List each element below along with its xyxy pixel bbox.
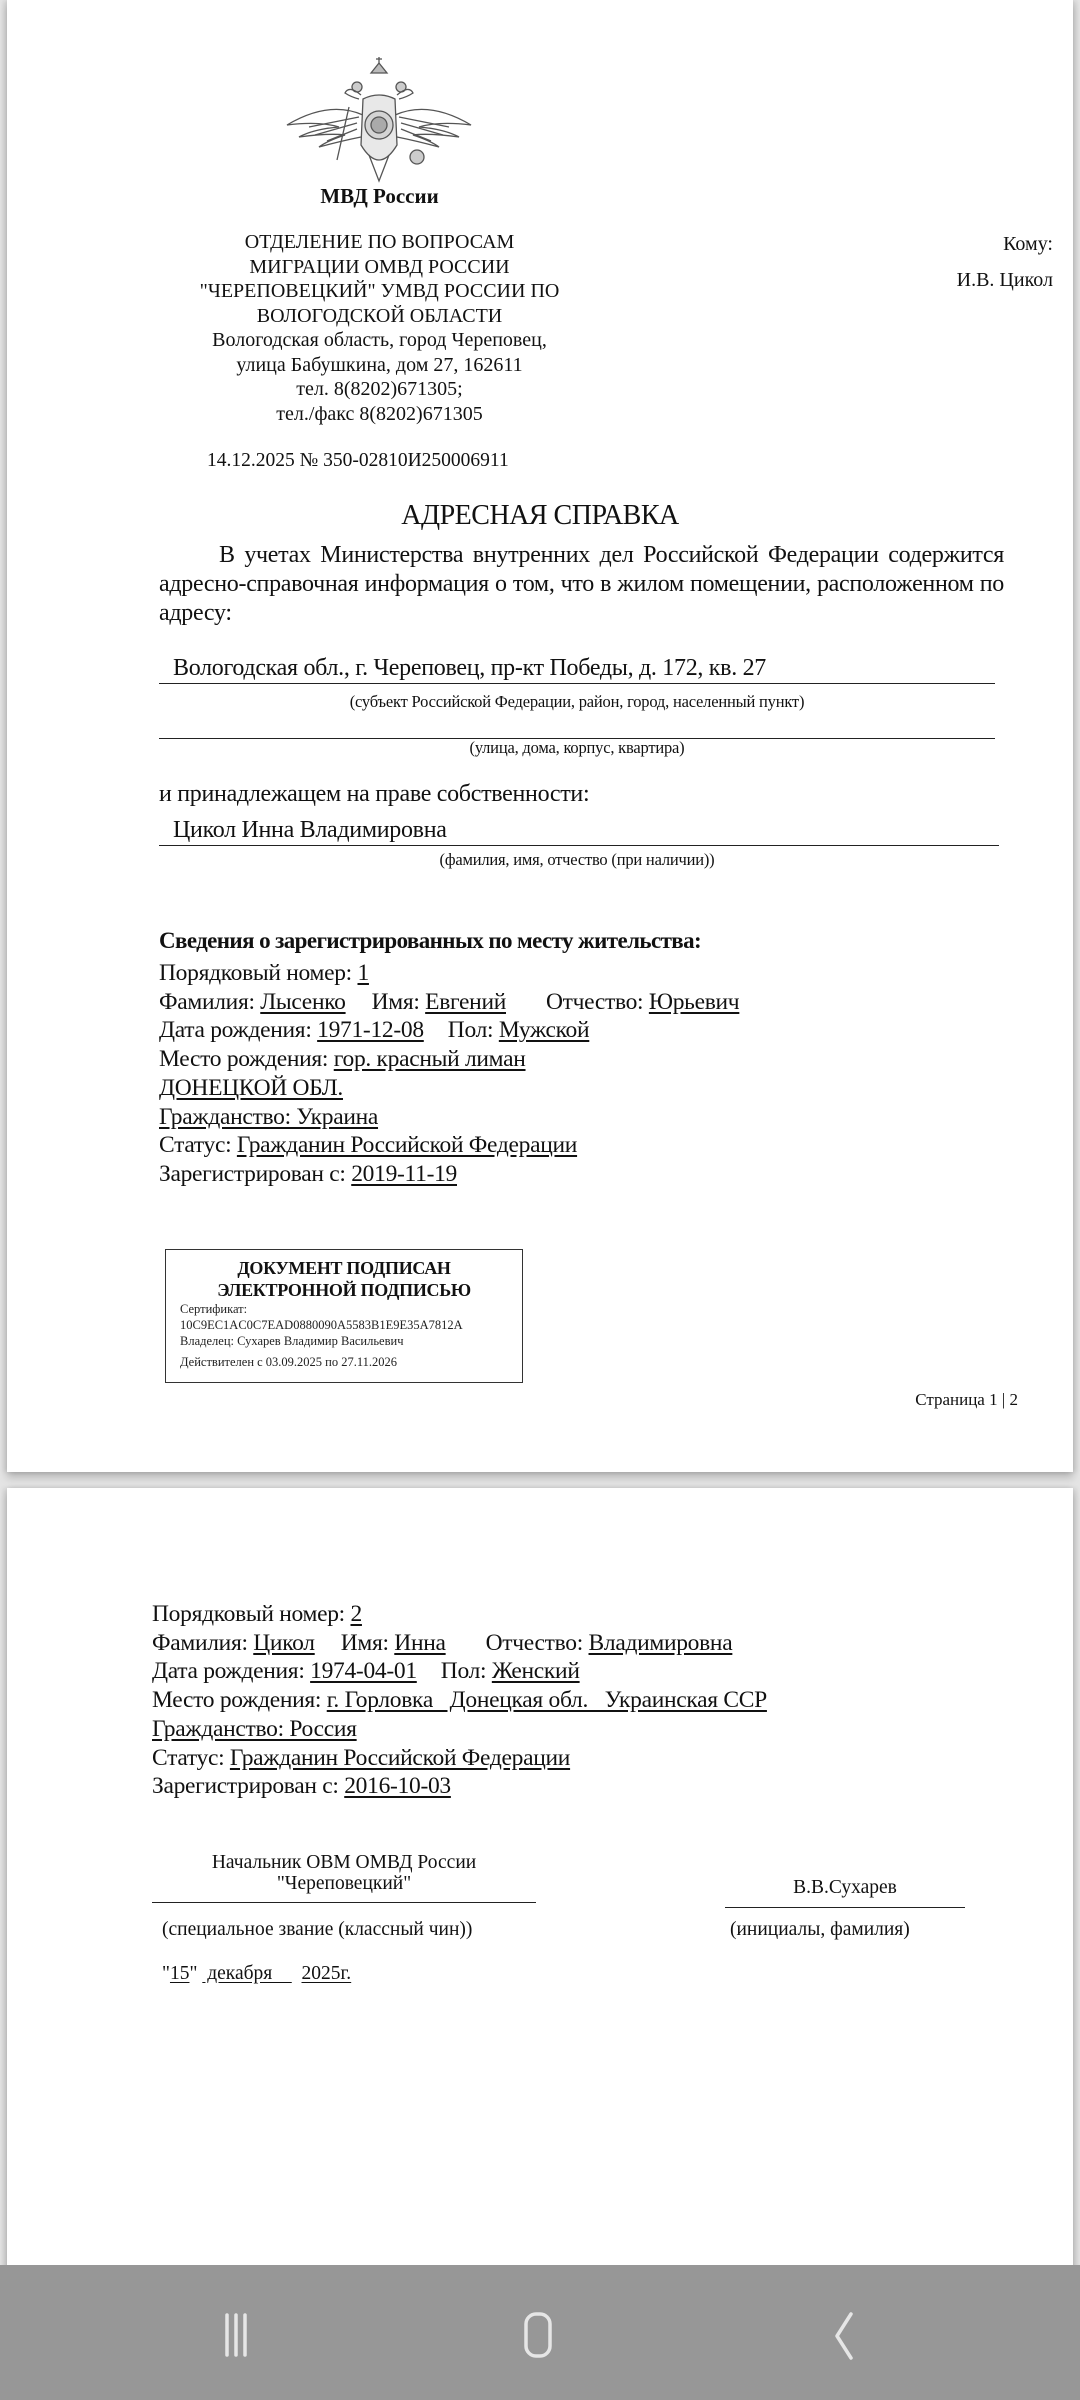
seq-row: Порядковый номер: 1 [159, 959, 739, 988]
seq-label: Порядковый номер: [159, 960, 357, 986]
citizenship-row: Гражданство: Россия [152, 1715, 767, 1744]
signer-name: В.В.Сухарев [725, 1877, 965, 1908]
birthplace-row: Место рождения: гор. красный лиман [159, 1045, 739, 1074]
seq-row: Порядковый номер: 2 [152, 1600, 767, 1629]
patronymic-value: Владимировна [589, 1630, 733, 1656]
stamp-heading-line-1: ДОКУМЕНТ ПОДПИСАН [166, 1257, 522, 1279]
document-page-1: МВД России ОТДЕЛЕНИЕ ПО ВОПРОСАМ МИГРАЦИ… [7, 0, 1073, 1472]
recent-apps-button[interactable] [207, 2305, 267, 2365]
owner-name-line: Цикол Инна Владимировна [159, 815, 999, 846]
address-line-2 [159, 708, 995, 739]
signer-position-line-1: Начальник ОВМ ОМВД России [152, 1852, 536, 1873]
seq-value: 2 [350, 1601, 361, 1627]
date-quote: " [189, 1963, 202, 1984]
dob-row: Дата рождения: 1971-12-08Пол: Мужской [159, 1016, 739, 1045]
recipient-name: И.В. Цикол [957, 262, 1053, 298]
stamp-heading-line-2: ЭЛЕКТРОННОЙ ПОДПИСЬЮ [166, 1279, 522, 1301]
status-label: Статус: [152, 1745, 230, 1771]
sex-label: Пол: [448, 1017, 499, 1043]
registered-value: 2016-10-03 [344, 1773, 451, 1799]
org-line: "ЧЕРЕПОВЕЦКИЙ" УМВД РОССИИ ПО [157, 279, 602, 304]
org-line: МИГРАЦИИ ОМВД РОССИИ [157, 255, 602, 280]
document-number: 14.12.2025 № 350-02810И250006911 [207, 450, 509, 472]
signer-position-line-2: "Череповецкий" [152, 1873, 536, 1894]
patronymic-label: Отчество: [486, 1630, 589, 1656]
date-day: 15 [170, 1963, 190, 1984]
intro-paragraph: В учетах Министерства внутренних дел Рос… [159, 541, 1004, 628]
owner-label: и принадлежащем на праве собственности: [159, 781, 589, 808]
mvd-emblem-icon [279, 55, 479, 185]
recipient-block: Кому: И.В. Цикол [957, 226, 1053, 298]
name-value: Евгений [425, 989, 506, 1015]
registered-value: 2019-11-19 [351, 1161, 457, 1187]
birthplace-row: Место рождения: г. Горловка Донецкая обл… [152, 1686, 767, 1715]
pdf-viewer[interactable]: МВД России ОТДЕЛЕНИЕ ПО ВОПРОСАМ МИГРАЦИ… [0, 0, 1080, 2265]
back-icon [821, 2310, 871, 2360]
registered-row: Зарегистрирован с: 2016-10-03 [152, 1772, 767, 1801]
status-row: Статус: Гражданин Российской Федерации [159, 1131, 739, 1160]
signoff-date: "15" декабря 2025г. [162, 1963, 351, 1985]
resident-record-2: Порядковый номер: 2 Фамилия: ЦиколИмя: И… [152, 1600, 767, 1801]
sex-value: Женский [492, 1658, 580, 1684]
stamp-cert-label: Сертификат: [166, 1301, 522, 1317]
org-line: ВОЛОГОДСКОЙ ОБЛАСТИ [157, 304, 602, 329]
initials-caption: (инициалы, фамилия) [730, 1919, 910, 1941]
dob-value: 1971-12-08 [317, 1017, 424, 1043]
birthplace-label: Место рождения: [159, 1046, 334, 1072]
sex-label: Пол: [441, 1658, 492, 1684]
page-number: Страница 1 | 2 [915, 1390, 1018, 1410]
birthplace-value-cont: ДОНЕЦКОЙ ОБЛ. [159, 1075, 343, 1101]
name-row: Фамилия: ЛысенкоИмя: ЕвгенийОтчество: Юр… [159, 988, 739, 1017]
issuing-office-block: ОТДЕЛЕНИЕ ПО ВОПРОСАМ МИГРАЦИИ ОМВД РОСС… [157, 230, 602, 426]
date-month: декабря [202, 1963, 291, 1984]
registered-label: Зарегистрирован с: [152, 1773, 344, 1799]
seq-value: 1 [357, 960, 368, 986]
dob-label: Дата рождения: [152, 1658, 310, 1684]
dob-label: Дата рождения: [159, 1017, 317, 1043]
status-label: Статус: [159, 1132, 237, 1158]
registered-label: Зарегистрирован с: [159, 1161, 351, 1187]
name-row: Фамилия: ЦиколИмя: ИннаОтчество: Владими… [152, 1629, 767, 1658]
agency-name: МВД России [7, 184, 752, 209]
owner-caption: (фамилия, имя, отчество (при наличии)) [159, 850, 995, 870]
birthplace-label: Место рождения: [152, 1687, 327, 1713]
recent-apps-icon [212, 2310, 262, 2360]
status-row: Статус: Гражданин Российской Федерации [152, 1744, 767, 1773]
resident-record-1: Порядковый номер: 1 Фамилия: ЛысенкоИмя:… [159, 959, 739, 1189]
stamp-validity: Действителен с 03.09.2025 по 27.11.2026 [166, 1354, 522, 1370]
registered-row: Зарегистрирован с: 2019-11-19 [159, 1160, 739, 1189]
sex-value: Мужской [499, 1017, 589, 1043]
status-value: Гражданин Российской Федерации [237, 1132, 577, 1158]
back-button[interactable] [816, 2305, 876, 2365]
org-phone: тел. 8(8202)671305; [157, 377, 602, 402]
dob-row: Дата рождения: 1974-04-01Пол: Женский [152, 1657, 767, 1686]
birthplace-value: гор. красный лиман [334, 1046, 526, 1072]
org-address-line: улица Бабушкина, дом 27, 162611 [157, 353, 602, 378]
citizenship-value: Гражданство: Украина [159, 1104, 378, 1130]
patronymic-value: Юрьевич [649, 989, 739, 1015]
name-label: Имя: [341, 1630, 395, 1656]
recipient-label: Кому: [957, 226, 1053, 262]
stamp-owner: Владелец: Сухарев Владимир Васильевич [166, 1333, 522, 1349]
dob-value: 1974-04-01 [310, 1658, 417, 1684]
address-line-1: Вологодская обл., г. Череповец, пр-кт По… [159, 653, 995, 684]
home-icon [515, 2310, 565, 2360]
date-year: 2025г. [302, 1963, 352, 1984]
citizenship-row: Гражданство: Украина [159, 1103, 739, 1132]
system-navigation-bar [0, 2265, 1080, 2400]
home-button[interactable] [510, 2305, 570, 2365]
surname-label: Фамилия: [159, 989, 260, 1015]
birthplace-row-cont: ДОНЕЦКОЙ ОБЛ. [159, 1074, 739, 1103]
name-value: Инна [394, 1630, 445, 1656]
org-address-line: Вологодская область, город Череповец, [157, 328, 602, 353]
registered-section-title: Сведения о зарегистрированных по месту ж… [159, 928, 701, 954]
surname-label: Фамилия: [152, 1630, 253, 1656]
electronic-signature-stamp: ДОКУМЕНТ ПОДПИСАН ЭЛЕКТРОННОЙ ПОДПИСЬЮ С… [165, 1249, 523, 1383]
rank-caption: (специальное звание (классный чин)) [162, 1919, 472, 1941]
surname-value: Цикол [253, 1630, 314, 1656]
stamp-heading: ДОКУМЕНТ ПОДПИСАН ЭЛЕКТРОННОЙ ПОДПИСЬЮ [166, 1257, 522, 1301]
org-line: ОТДЕЛЕНИЕ ПО ВОПРОСАМ [157, 230, 602, 255]
patronymic-label: Отчество: [546, 989, 649, 1015]
citizenship-value: Гражданство: Россия [152, 1716, 357, 1742]
document-title: АДРЕСНАЯ СПРАВКА [7, 500, 1073, 532]
name-label: Имя: [372, 989, 426, 1015]
status-value: Гражданин Российской Федерации [230, 1745, 570, 1771]
surname-value: Лысенко [260, 989, 345, 1015]
signer-position: Начальник ОВМ ОМВД России "Череповецкий" [152, 1852, 536, 1903]
org-fax: тел./факс 8(8202)671305 [157, 402, 602, 427]
address-caption-2: (улица, дома, корпус, квартира) [159, 738, 995, 758]
date-quote: " [162, 1963, 170, 1984]
seq-label: Порядковый номер: [152, 1601, 350, 1627]
intro-text: В учетах Министерства внутренних дел Рос… [159, 542, 1004, 626]
birthplace-value: г. Горловка Донецкая обл. Украинская ССР [327, 1687, 767, 1713]
stamp-cert-id: 10C9EC1AC0C7EAD0880090A5583B1E9E35A7812A [166, 1317, 522, 1333]
